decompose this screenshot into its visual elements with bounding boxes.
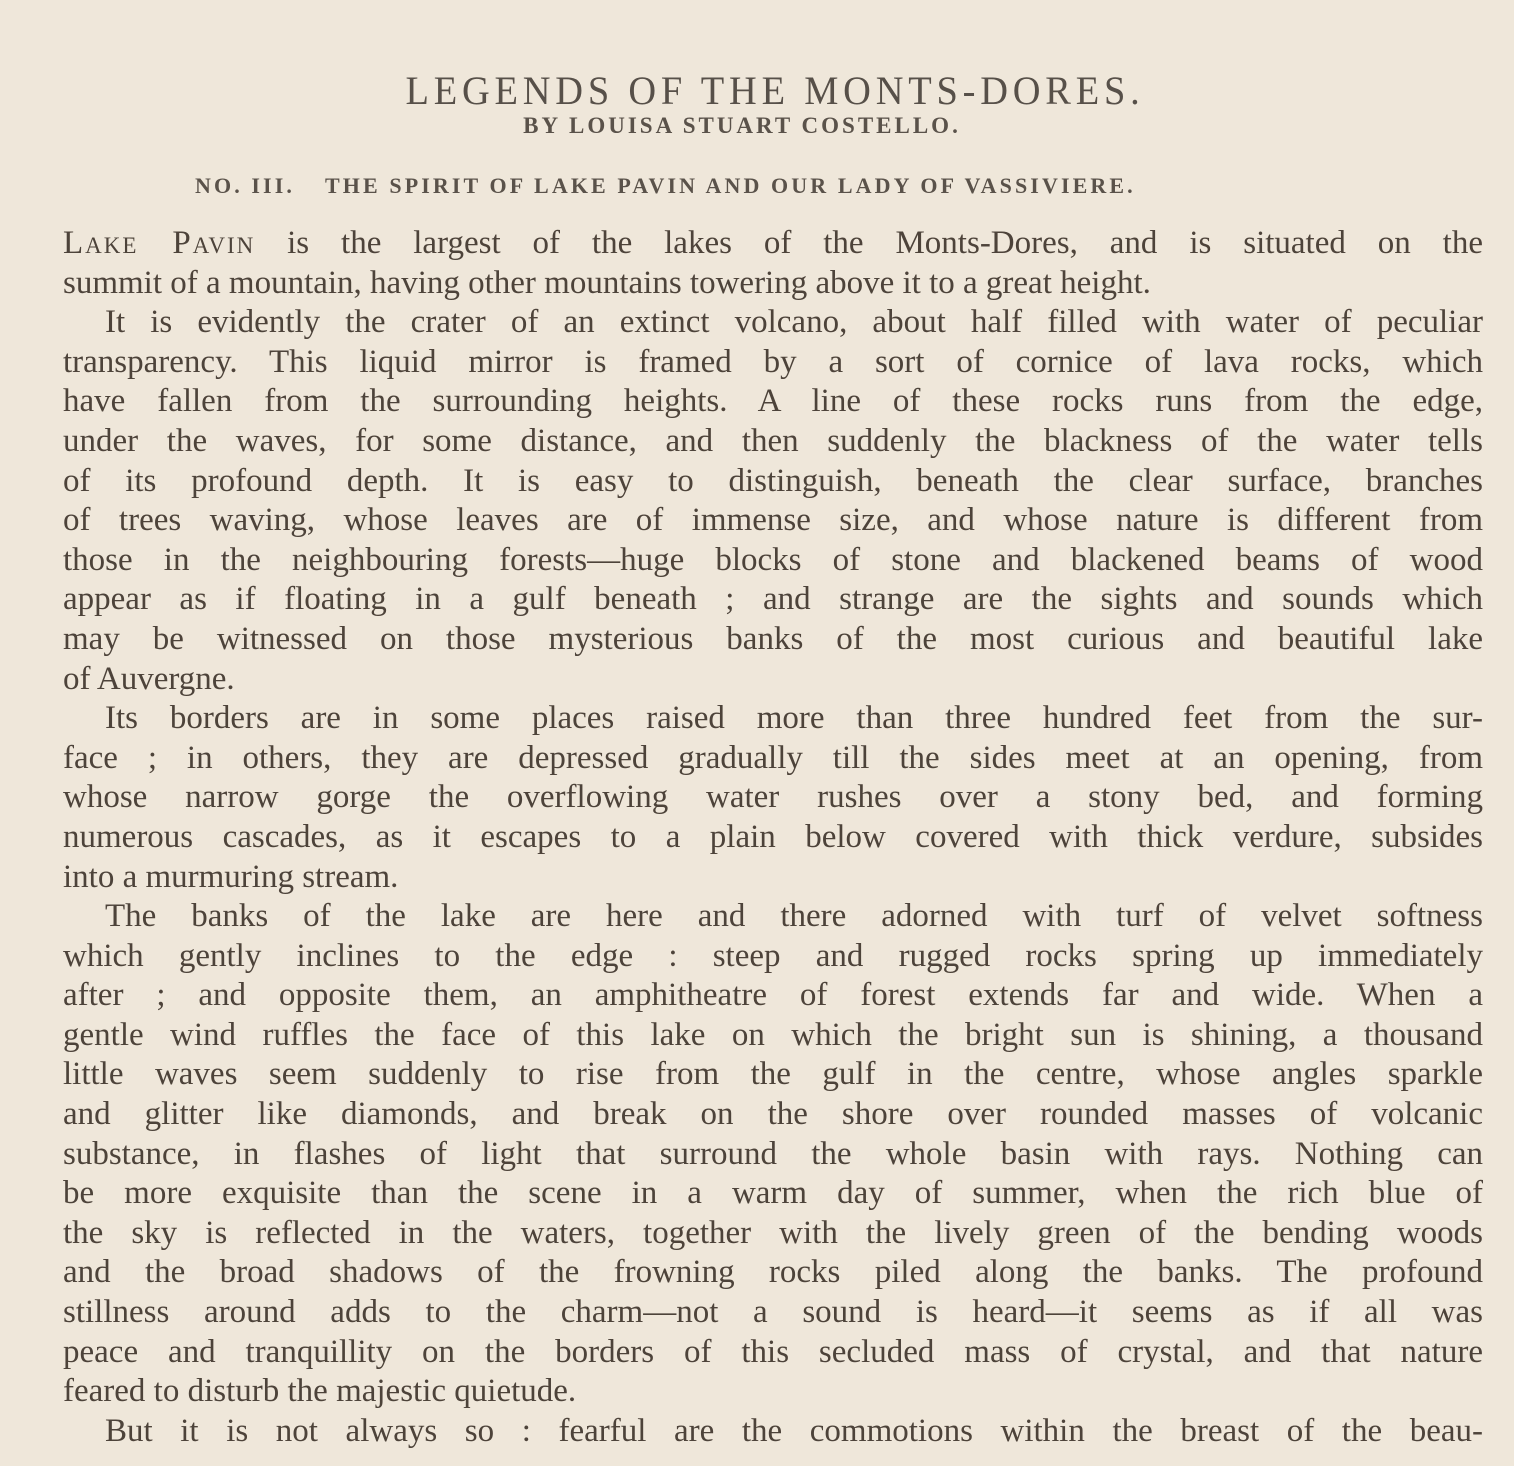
text-line: little waves seem suddenly to rise from … <box>63 1055 1483 1095</box>
text-line: substance, in flashes of light that surr… <box>63 1135 1483 1175</box>
text-line: of Auvergne. <box>63 660 1483 700</box>
text-line: peace and tranquillity on the borders of… <box>63 1333 1483 1373</box>
paragraph-2: It is evidently the crater of an extinct… <box>63 303 1483 699</box>
paragraph-4: The banks of the lake are here and there… <box>63 897 1483 1412</box>
text-line: into a murmuring stream. <box>63 858 1483 898</box>
text-line: appear as if floating in a gulf beneath … <box>63 580 1483 620</box>
text-line: may be witnessed on those mysterious ban… <box>63 620 1483 660</box>
text-line: of its profound depth. It is easy to dis… <box>63 462 1483 502</box>
text-line: transparency. This liquid mirror is fram… <box>63 343 1483 383</box>
text-line: Lake Pavin is the largest of the lakes o… <box>63 224 1483 264</box>
text-line: have fallen from the surrounding heights… <box>63 382 1483 422</box>
lead-in-smallcaps: Lake Pavin <box>63 225 255 261</box>
text-line: The banks of the lake are here and there… <box>63 897 1483 937</box>
text-line: and glitter like diamonds, and break on … <box>63 1095 1483 1135</box>
chapter-number: NO. III. <box>195 173 295 198</box>
text-line: which gently inclines to the edge : stee… <box>63 937 1483 977</box>
text-line: whose narrow gorge the overflowing water… <box>63 778 1483 818</box>
author-byline: BY LOUISA STUART COSTELLO. <box>0 113 1484 139</box>
text-line: under the waves, for some distance, and … <box>63 422 1483 462</box>
text-line: stillness around adds to the charm—not a… <box>63 1293 1483 1333</box>
text-line: But it is not always so : fearful are th… <box>63 1412 1483 1452</box>
text-line: of trees waving, whose leaves are of imm… <box>63 501 1483 541</box>
text-line: face ; in others, they are depressed gra… <box>63 739 1483 779</box>
chapter-title: THE SPIRIT OF LAKE PAVIN AND OUR LADY OF… <box>325 173 1136 198</box>
text-line: numerous cascades, as it escapes to a pl… <box>63 818 1483 858</box>
text-line: those in the neighbouring forests—huge b… <box>63 541 1483 581</box>
article-body: Lake Pavin is the largest of the lakes o… <box>63 224 1483 1451</box>
chapter-heading: NO. III.THE SPIRIT OF LAKE PAVIN AND OUR… <box>195 173 1395 199</box>
paragraph-1: Lake Pavin is the largest of the lakes o… <box>63 224 1483 303</box>
text-line: gentle wind ruffles the face of this lak… <box>63 1016 1483 1056</box>
text-line: the sky is reflected in the waters, toge… <box>63 1214 1483 1254</box>
text-line: be more exquisite than the scene in a wa… <box>63 1174 1483 1214</box>
text-line: after ; and opposite them, an amphitheat… <box>63 976 1483 1016</box>
text-line-content: is the largest of the lakes of the Monts… <box>255 225 1483 261</box>
text-line: and the broad shadows of the frowning ro… <box>63 1253 1483 1293</box>
text-line: It is evidently the crater of an extinct… <box>63 303 1483 343</box>
paragraph-5: But it is not always so : fearful are th… <box>63 1412 1483 1452</box>
text-line: Its borders are in some places raised mo… <box>63 699 1483 739</box>
paragraph-3: Its borders are in some places raised mo… <box>63 699 1483 897</box>
text-line: feared to disturb the majestic quietude. <box>63 1372 1483 1412</box>
document-page: LEGENDS OF THE MONTS-DORES. BY LOUISA ST… <box>0 0 1514 1466</box>
page-title: LEGENDS OF THE MONTS-DORES. <box>31 67 1514 114</box>
text-line: summit of a mountain, having other mount… <box>63 264 1483 304</box>
